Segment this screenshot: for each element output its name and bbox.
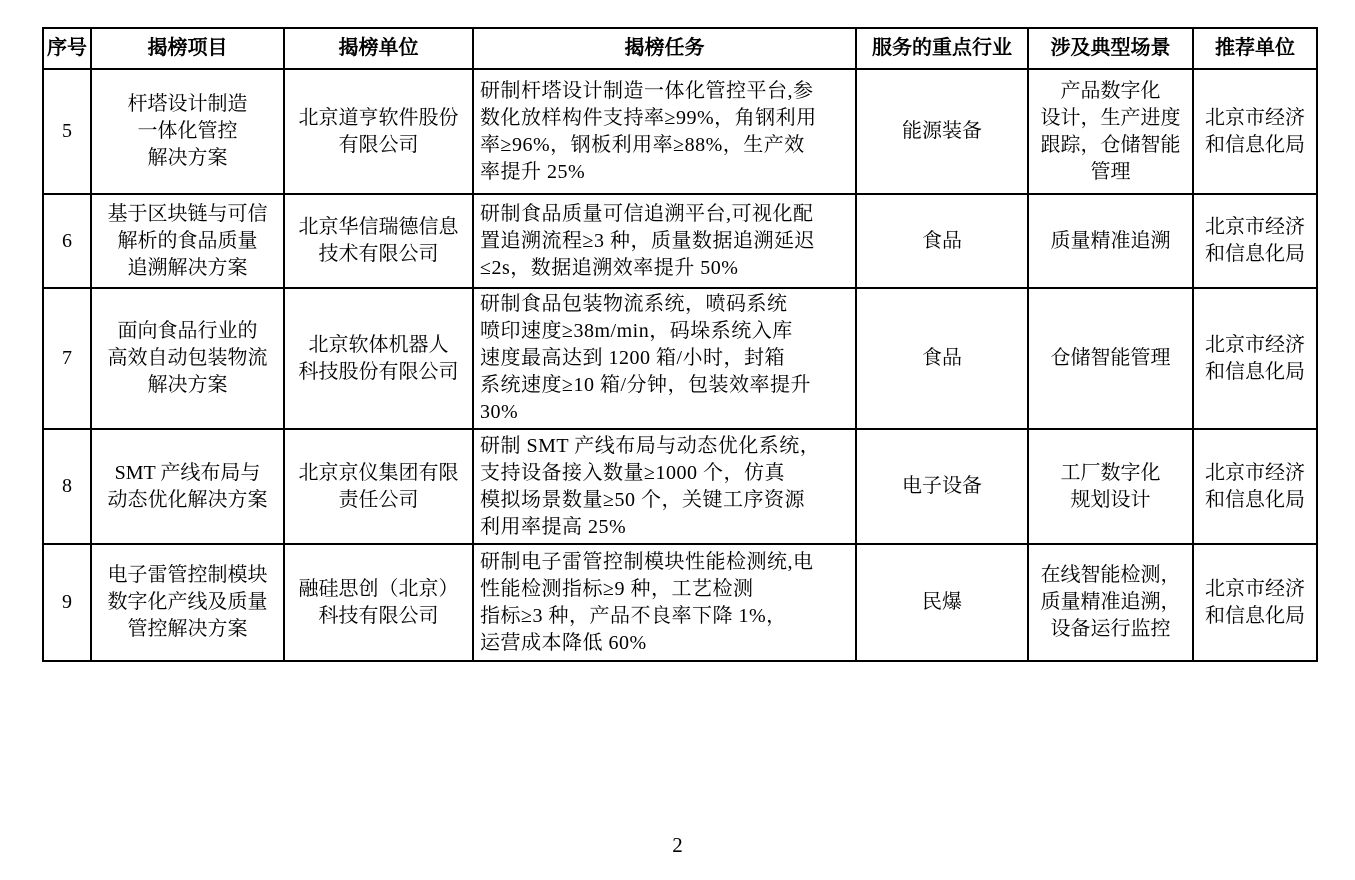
cell-unit: 融硅思创（北京） 科技有限公司 bbox=[284, 544, 473, 661]
table-row: 9 电子雷管控制模块 数字化产线及质量 管控解决方案 融硅思创（北京） 科技有限… bbox=[43, 544, 1317, 661]
cell-industry: 民爆 bbox=[856, 544, 1028, 661]
cell-recommender: 北京市经济 和信息化局 bbox=[1193, 69, 1317, 194]
cell-no: 6 bbox=[43, 194, 91, 288]
cell-task: 研制食品包装物流系统，喷码系统 喷印速度≥38m/min，码垛系统入库 速度最高… bbox=[473, 288, 856, 429]
header-industry: 服务的重点行业 bbox=[856, 28, 1028, 69]
table-row: 8 SMT 产线布局与 动态优化解决方案 北京京仪集团有限 责任公司 研制 SM… bbox=[43, 429, 1317, 544]
cell-project: 基于区块链与可信 解析的食品质量 追溯解决方案 bbox=[91, 194, 284, 288]
cell-no: 9 bbox=[43, 544, 91, 661]
cell-unit: 北京道亨软件股份 有限公司 bbox=[284, 69, 473, 194]
cell-project: SMT 产线布局与 动态优化解决方案 bbox=[91, 429, 284, 544]
cell-no: 5 bbox=[43, 69, 91, 194]
cell-task: 研制食品质量可信追溯平台,可视化配 置追溯流程≥3 种，质量数据追溯延迟 ≤2s… bbox=[473, 194, 856, 288]
cell-scenario: 工厂数字化 规划设计 bbox=[1028, 429, 1193, 544]
cell-no: 8 bbox=[43, 429, 91, 544]
page-number: 2 bbox=[0, 833, 1355, 858]
cell-project: 杆塔设计制造 一体化管控 解决方案 bbox=[91, 69, 284, 194]
header-no: 序号 bbox=[43, 28, 91, 69]
table-row: 5 杆塔设计制造 一体化管控 解决方案 北京道亨软件股份 有限公司 研制杆塔设计… bbox=[43, 69, 1317, 194]
cell-task: 研制杆塔设计制造一体化管控平台,参 数化放样构件支持率≥99%，角钢利用 率≥9… bbox=[473, 69, 856, 194]
cell-industry: 食品 bbox=[856, 288, 1028, 429]
cell-industry: 食品 bbox=[856, 194, 1028, 288]
cell-recommender: 北京市经济 和信息化局 bbox=[1193, 288, 1317, 429]
cell-industry: 能源装备 bbox=[856, 69, 1028, 194]
cell-scenario: 在线智能检测， 质量精准追溯， 设备运行监控 bbox=[1028, 544, 1193, 661]
header-project: 揭榜项目 bbox=[91, 28, 284, 69]
cell-unit: 北京华信瑞德信息 技术有限公司 bbox=[284, 194, 473, 288]
cell-recommender: 北京市经济 和信息化局 bbox=[1193, 429, 1317, 544]
header-scenario: 涉及典型场景 bbox=[1028, 28, 1193, 69]
cell-scenario: 质量精准追溯 bbox=[1028, 194, 1193, 288]
header-task: 揭榜任务 bbox=[473, 28, 856, 69]
header-recommender: 推荐单位 bbox=[1193, 28, 1317, 69]
cell-unit: 北京软体机器人 科技股份有限公司 bbox=[284, 288, 473, 429]
header-unit: 揭榜单位 bbox=[284, 28, 473, 69]
cell-recommender: 北京市经济 和信息化局 bbox=[1193, 194, 1317, 288]
cell-scenario: 产品数字化 设计，生产进度 跟踪，仓储智能 管理 bbox=[1028, 69, 1193, 194]
cell-recommender: 北京市经济 和信息化局 bbox=[1193, 544, 1317, 661]
cell-project: 面向食品行业的 高效自动包装物流 解决方案 bbox=[91, 288, 284, 429]
cell-industry: 电子设备 bbox=[856, 429, 1028, 544]
table-row: 7 面向食品行业的 高效自动包装物流 解决方案 北京软体机器人 科技股份有限公司… bbox=[43, 288, 1317, 429]
cell-no: 7 bbox=[43, 288, 91, 429]
cell-task: 研制 SMT 产线布局与动态优化系统， 支持设备接入数量≥1000 个，仿真 模… bbox=[473, 429, 856, 544]
table-header-row: 序号 揭榜项目 揭榜单位 揭榜任务 服务的重点行业 涉及典型场景 推荐单位 bbox=[43, 28, 1317, 69]
cell-project: 电子雷管控制模块 数字化产线及质量 管控解决方案 bbox=[91, 544, 284, 661]
table-row: 6 基于区块链与可信 解析的食品质量 追溯解决方案 北京华信瑞德信息 技术有限公… bbox=[43, 194, 1317, 288]
project-solutions-table: 序号 揭榜项目 揭榜单位 揭榜任务 服务的重点行业 涉及典型场景 推荐单位 5 … bbox=[42, 27, 1318, 662]
cell-unit: 北京京仪集团有限 责任公司 bbox=[284, 429, 473, 544]
cell-scenario: 仓储智能管理 bbox=[1028, 288, 1193, 429]
cell-task: 研制电子雷管控制模块性能检测统,电 性能检测指标≥9 种，工艺检测 指标≥3 种… bbox=[473, 544, 856, 661]
